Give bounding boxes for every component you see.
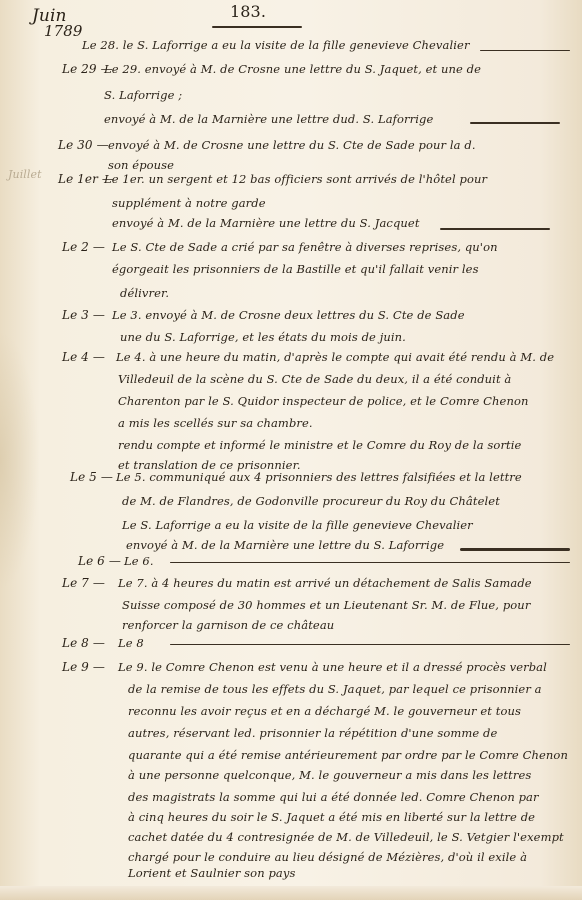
entry-5-line-1: Le 5. communiqué aux 4 prisonniers des l… bbox=[116, 470, 522, 484]
entry-9-line-3: reconnu les avoir reçus et en a déchargé… bbox=[128, 704, 521, 718]
page-number: 183. bbox=[230, 2, 266, 21]
entry-2-day: Le 2 — bbox=[62, 240, 105, 254]
entry-3-day: Le 3 — bbox=[62, 308, 105, 322]
entry-2-line-2: égorgeait les prisonniers de la Bastille… bbox=[112, 262, 479, 276]
header-year: 1789 bbox=[44, 22, 83, 40]
entry-8-day: Le 8 — bbox=[62, 636, 105, 650]
line-filler bbox=[440, 228, 550, 230]
entry-4-day: Le 4 — bbox=[62, 350, 105, 364]
entry-8-line-1: Le 8 bbox=[118, 636, 144, 650]
entry-5-line-4: envoyé à M. de la Marnière une lettre du… bbox=[126, 538, 444, 552]
entry-2-line-1: Le S. Cte de Sade a crié par sa fenêtre … bbox=[112, 240, 498, 254]
entry-28-line-1: Le 28. le S. Laforrige a eu la visite de… bbox=[82, 38, 470, 52]
entry-3-line-1: Le 3. envoyé à M. de Crosne deux lettres… bbox=[112, 308, 465, 322]
entry-4-line-3: Charenton par le S. Quidor inspecteur de… bbox=[118, 394, 528, 408]
entry-4-line-5: rendu compte et informé le ministre et l… bbox=[118, 438, 521, 452]
paper-edge bbox=[0, 886, 582, 900]
entry-9-line-10: chargé pour le conduire au lieu désigné … bbox=[128, 850, 527, 864]
entry-9-line-5: quarante qui a été remise antérieurement… bbox=[128, 748, 568, 762]
entry-4-line-4: a mis les scellés sur sa chambre. bbox=[118, 416, 313, 430]
entry-9-day: Le 9 — bbox=[62, 660, 105, 674]
entry-9-line-11: Lorient et Saulnier son pays bbox=[128, 866, 295, 880]
entry-7-line-2: Suisse composé de 30 hommes et un Lieute… bbox=[122, 598, 530, 612]
entry-30-day: Le 30 — bbox=[58, 138, 109, 152]
entry-3-line-2: une du S. Laforrige, et les états du moi… bbox=[120, 330, 406, 344]
entry-29-line-2: S. Laforrige ; bbox=[104, 88, 182, 102]
page-number-underline bbox=[212, 26, 302, 28]
entry-9-line-9: cachet datée du 4 contresignée de M. de … bbox=[128, 830, 564, 844]
entry-1-line-2: supplément à notre garde bbox=[112, 196, 266, 210]
entry-29-line-1: Le 29. envoyé à M. de Crosne une lettre … bbox=[104, 62, 481, 76]
entry-5-day: Le 5 — bbox=[70, 470, 113, 484]
line-filler bbox=[170, 644, 570, 645]
entry-6-line-1: Le 6. bbox=[124, 554, 154, 568]
entry-9-line-4: autres, réservant led. prisonnier la rép… bbox=[128, 726, 497, 740]
entry-5-line-2: de M. de Flandres, de Godonville procure… bbox=[122, 494, 500, 508]
entry-30-line-1: envoyé à M. de Crosne une lettre du S. C… bbox=[108, 138, 476, 152]
line-filler bbox=[170, 562, 570, 563]
entry-30-line-2: son épouse bbox=[108, 158, 174, 172]
entry-7-line-3: renforcer la garnison de ce château bbox=[122, 618, 334, 632]
entry-6-day: Le 6 — bbox=[78, 554, 121, 568]
entry-5-line-3: Le S. Laforrige a eu la visite de la fil… bbox=[122, 518, 473, 532]
paper-stain bbox=[0, 330, 40, 590]
entry-4-line-2: Villedeuil de la scène du S. Cte de Sade… bbox=[118, 372, 511, 386]
entry-2-line-3: délivrer. bbox=[120, 286, 169, 300]
entry-4-line-1: Le 4. à une heure du matin, d'après le c… bbox=[116, 350, 554, 364]
line-filler bbox=[460, 548, 570, 551]
line-filler bbox=[480, 50, 570, 51]
entry-1-line-1: Le 1er. un sergent et 12 bas officiers s… bbox=[104, 172, 487, 186]
entry-9-line-8: à cinq heures du soir le S. Jaquet a été… bbox=[128, 810, 535, 824]
entry-29-line-3: envoyé à M. de la Marnière une lettre du… bbox=[104, 112, 433, 126]
entry-9-line-2: de la remise de tous les effets du S. Ja… bbox=[128, 682, 542, 696]
entry-7-day: Le 7 — bbox=[62, 576, 105, 590]
margin-note-juillet: Juillet bbox=[8, 168, 42, 181]
entry-7-line-1: Le 7. à 4 heures du matin est arrivé un … bbox=[118, 576, 532, 590]
entry-9-line-7: des magistrats la somme qui lui a été do… bbox=[128, 790, 539, 804]
entry-1-line-3: envoyé à M. de la Marnière une lettre du… bbox=[112, 216, 420, 230]
manuscript-page: Juin 1789 183. Juillet Le 28. le S. Lafo… bbox=[0, 0, 582, 900]
line-filler bbox=[470, 122, 560, 124]
entry-9-line-1: Le 9. le Comre Chenon est venu à une heu… bbox=[118, 660, 547, 674]
entry-9-line-6: à une personne quelconque, M. le gouvern… bbox=[128, 768, 531, 782]
